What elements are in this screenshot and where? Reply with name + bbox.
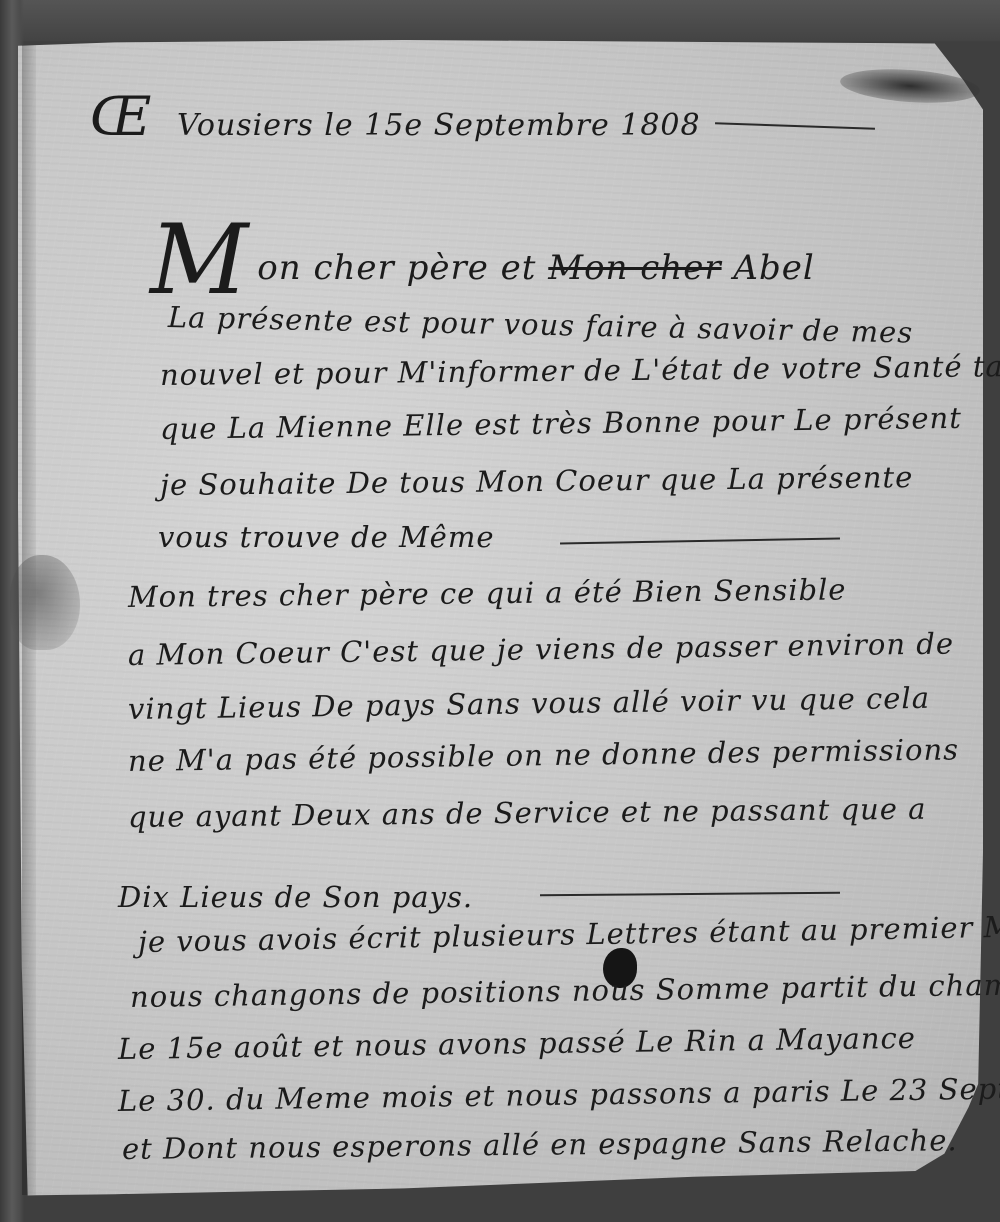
paragraph-2-line-6: Dix Lieus de Son pays. — [118, 880, 473, 914]
letter-dateline: Œ Vousiers le 15e Septembre 1808 — [90, 85, 701, 148]
paragraph-1-line-5: vous trouve de Même — [158, 520, 495, 554]
salutation-trailing: Abel — [733, 248, 814, 288]
struck-text: Mon cher — [548, 248, 721, 288]
monogram: Œ — [90, 85, 152, 148]
salutation-text: on cher père et — [257, 248, 536, 288]
salutation-initial: M — [150, 204, 249, 316]
water-stain — [10, 555, 80, 650]
place-date: Vousiers le 15e Septembre 1808 — [177, 108, 701, 143]
salutation: Mon cher père et Mon cher Abel — [150, 230, 815, 290]
